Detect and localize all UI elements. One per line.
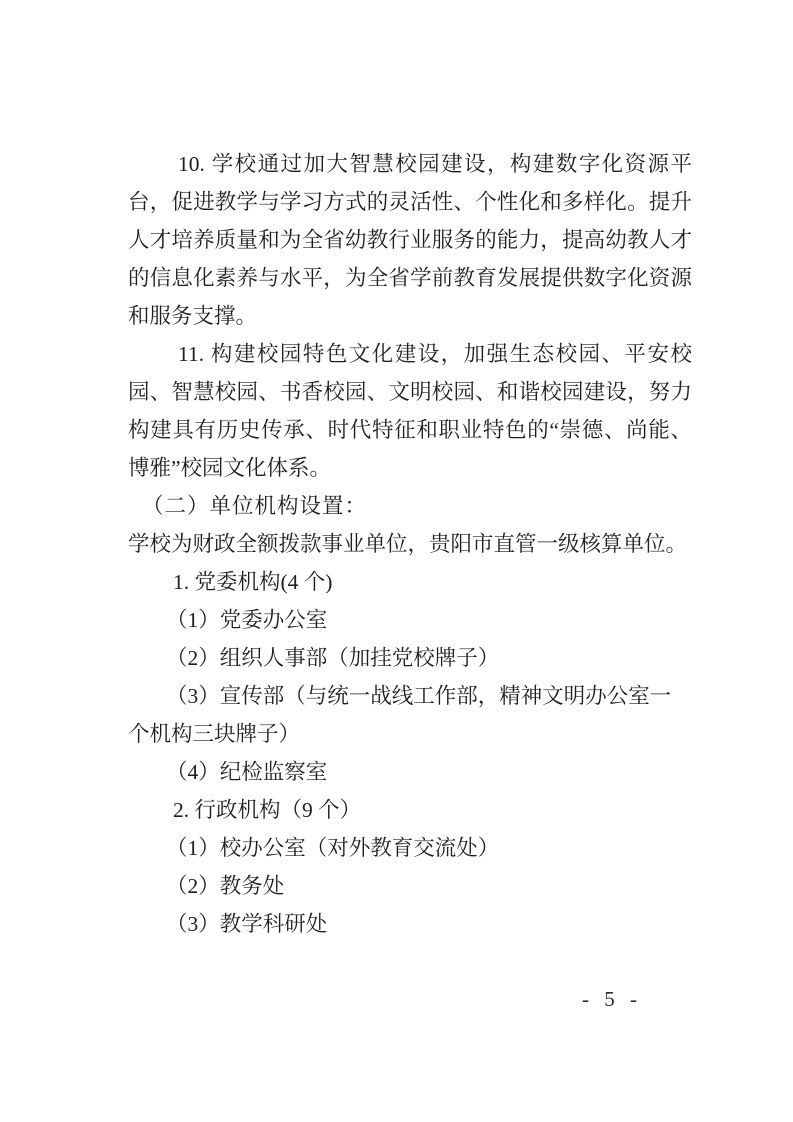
paragraph-10: 10. 学校通过加大智慧校园建设，构建数字化资源平台，促进教学与学习方式的灵活性…: [128, 145, 692, 335]
list-item: （1）校办公室（对外教育交流处）: [128, 829, 692, 867]
list-item: （4）纪检监察室: [128, 753, 692, 791]
section-heading: （二）单位机构设置：: [128, 487, 692, 525]
group-title-party-organs: 1. 党委机构(4 个): [128, 563, 692, 601]
list-item: （2）组织人事部（加挂党校牌子）: [128, 639, 692, 677]
list-item: （3）宣传部（与统一战线工作部，精神文明办公室一个机构三块牌子）: [128, 677, 692, 753]
list-item: （3）教学科研处: [128, 905, 692, 943]
page-number: - 5 -: [582, 989, 642, 1010]
document-content: 10. 学校通过加大智慧校园建设，构建数字化资源平台，促进教学与学习方式的灵活性…: [128, 145, 692, 943]
group-title-admin-organs: 2. 行政机构（9 个）: [128, 791, 692, 829]
list-item: （2）教务处: [128, 867, 692, 905]
list-item: （1）党委办公室: [128, 601, 692, 639]
document-page: 10. 学校通过加大智慧校园建设，构建数字化资源平台，促进教学与学习方式的灵活性…: [0, 0, 793, 1122]
section-intro: 学校为财政全额拨款事业单位，贵阳市直管一级核算单位。: [128, 525, 692, 563]
paragraph-11: 11. 构建校园特色文化建设，加强生态校园、平安校园、智慧校园、书香校园、文明校…: [128, 335, 692, 487]
